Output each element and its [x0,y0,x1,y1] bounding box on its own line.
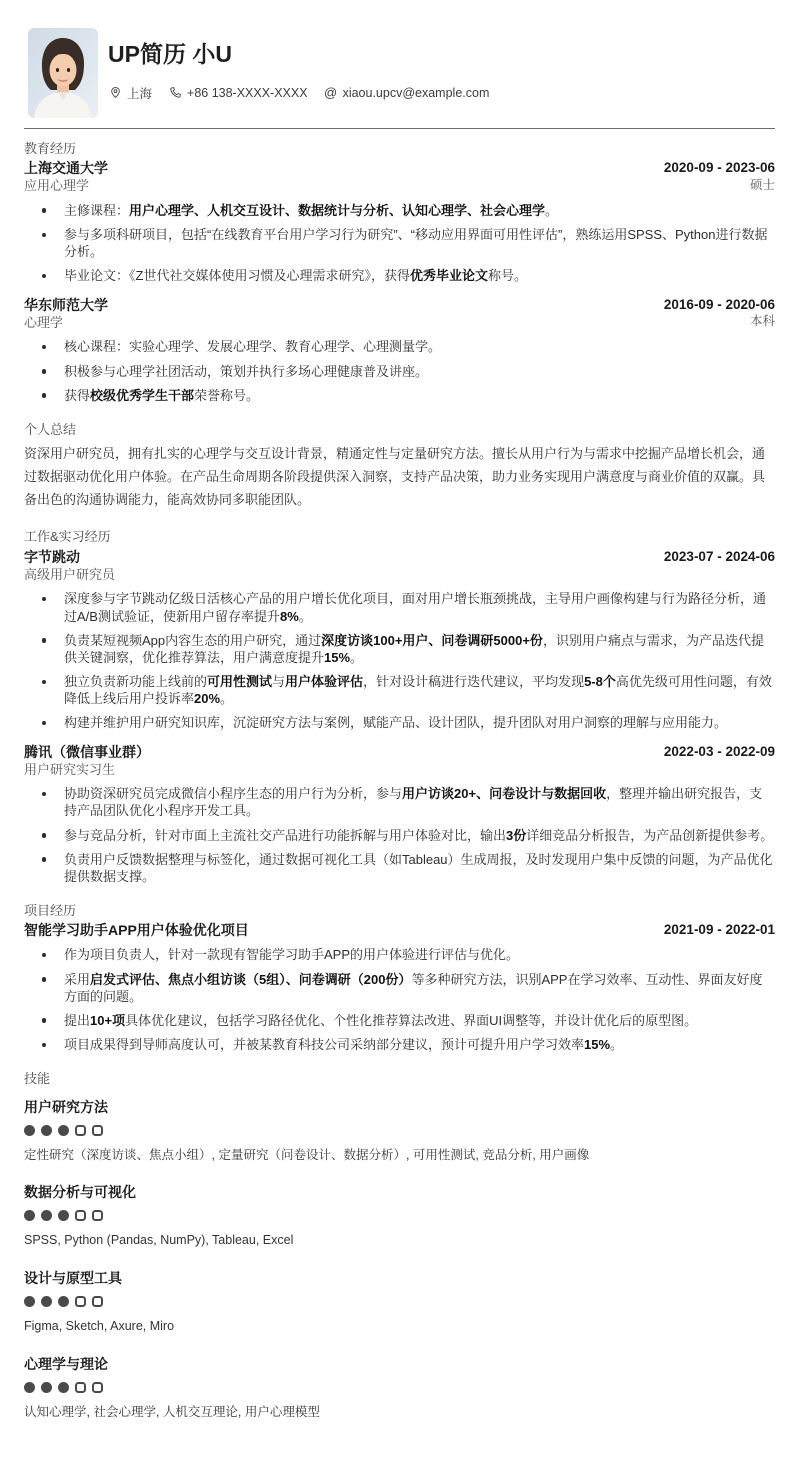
phone-icon [168,86,182,100]
bullet-dot-icon [42,233,47,238]
entry-left: 字节跳动高级用户研究员 [24,548,115,584]
bullet-item: 主修课程：用户心理学、人机交互设计、数据统计与分析、认知心理学、社会心理学。 [24,202,775,219]
skill-level-indicator [24,1125,775,1136]
entry: 腾讯（微信事业群）用户研究实习生2022-03 - 2022-09协助资深研究员… [24,743,775,886]
entry: 智能学习助手APP用户体验优化项目2021-09 - 2022-01作为项目负责… [24,921,775,1053]
bullet-dot-icon [42,792,47,797]
bullet-text-bold: 15% [324,650,350,665]
skill-group: 用户研究方法定性研究（深度访谈、焦点小组）, 定量研究（问卷设计、数据分析）, … [24,1098,775,1165]
bullet-marker [24,363,64,380]
entry-degree: 本科 [664,313,775,330]
entry-subtitle: 应用心理学 [24,177,108,195]
bullet-dot-icon [42,680,47,685]
entry-header: 腾讯（微信事业群）用户研究实习生2022-03 - 2022-09 [24,743,775,779]
section-title: 工作&实习经历 [24,529,775,545]
bullet-marker [24,387,64,404]
bullet-list: 深度参与字节跳动亿级日活核心产品的用户增长优化项目，面对用户增长瓶颈挑战，主导用… [24,590,775,731]
skill-dot-filled-icon [24,1382,35,1393]
bullet-text-run: 独立负责新功能上线前的 [64,674,207,689]
sections: 教育经历上海交通大学应用心理学2020-09 - 2023-06硕士主修课程：用… [0,129,799,1464]
bullet-list: 核心课程：实验心理学、发展心理学、教育心理学、心理测量学。积极参与心理学社团活动… [24,338,775,403]
section-title: 技能 [24,1071,775,1087]
contact-email-text: xiaou.upcv@example.com [343,86,490,100]
bullet-item: 积极参与心理学社团活动，策划并执行多场心理健康普及讲座。 [24,363,775,380]
contact-location-text: 上海 [127,84,152,102]
entry-header: 华东师范大学心理学2016-09 - 2020-06本科 [24,296,775,332]
bullet-text: 主修课程：用户心理学、人机交互设计、数据统计与分析、认知心理学、社会心理学。 [64,202,775,219]
bullet-text-bold: 校级优秀学生干部 [90,388,194,403]
skill-dot-filled-icon [58,1296,69,1307]
entry: 字节跳动高级用户研究员2023-07 - 2024-06深度参与字节跳动亿级日活… [24,548,775,732]
section-projects: 项目经历智能学习助手APP用户体验优化项目2021-09 - 2022-01作为… [24,903,775,1053]
bullet-item: 构建并维护用户研究知识库，沉淀研究方法与案例，赋能产品、设计团队，提升团队对用户… [24,714,775,731]
bullet-text-run: 协助资深研究员完成微信小程序生态的用户行为分析，参与 [64,786,402,801]
bullet-marker [24,590,64,624]
bullet-text-bold: 启发式评估、焦点小组访谈（5组）、问卷调研（200份） [90,972,411,987]
bullet-text-run: 核心课程：实验心理学、发展心理学、教育心理学、心理测量学。 [64,339,441,354]
bullet-dot-icon [42,977,47,982]
at-icon: @ [324,86,338,100]
bullet-item: 核心课程：实验心理学、发展心理学、教育心理学、心理测量学。 [24,338,775,355]
skill-dot-filled-icon [24,1210,35,1221]
bullet-dot-icon [42,953,47,958]
bullet-dot-icon [42,369,47,374]
bullet-text: 独立负责新功能上线前的可用性测试与用户体验评估，针对设计稿进行迭代建议，平均发现… [64,673,775,707]
section-work: 工作&实习经历字节跳动高级用户研究员2023-07 - 2024-06深度参与字… [24,529,775,885]
bullet-marker [24,202,64,219]
bullet-item: 采用启发式评估、焦点小组访谈（5组）、问卷调研（200份）等多种研究方法，识别A… [24,971,775,1005]
bullet-marker [24,1012,64,1029]
bullet-text: 积极参与心理学社团活动，策划并执行多场心理健康普及讲座。 [64,363,775,380]
section-title: 项目经历 [24,903,775,919]
skill-group: 数据分析与可视化SPSS, Python (Pandas, NumPy), Ta… [24,1183,775,1250]
entry-dates: 2023-07 - 2024-06 [664,548,775,566]
entry-subtitle: 用户研究实习生 [24,761,150,779]
entry-title: 华东师范大学 [24,296,108,314]
skill-group-description: Figma, Sketch, Axure, Miro [24,1318,775,1336]
bullet-text-run: ，针对设计稿进行迭代建议，平均发现 [363,674,584,689]
bullet-text-run: 负责某短视频App内容生态的用户研究，通过 [64,633,321,648]
bullet-marker [24,785,64,819]
entry-dates: 2021-09 - 2022-01 [664,921,775,939]
skill-group-name: 数据分析与可视化 [24,1183,775,1201]
skill-dot-empty-icon [92,1210,103,1221]
entry-left: 华东师范大学心理学 [24,296,108,332]
skill-dot-empty-icon [75,1296,86,1307]
entry-header: 上海交通大学应用心理学2020-09 - 2023-06硕士 [24,159,775,195]
bullet-list: 协助资深研究员完成微信小程序生态的用户行为分析，参与用户访谈20+、问卷设计与数… [24,785,775,885]
bullet-marker [24,673,64,707]
bullet-text-bold: 可用性测试 [207,674,272,689]
section-summary: 个人总结资深用户研究员，拥有扎实的心理学与交互设计背景，精通定性与定量研究方法。… [24,422,775,512]
bullet-text-bold: 15% [584,1037,610,1052]
skill-group: 心理学与理论认知心理学, 社会心理学, 人机交互理论, 用户心理模型 [24,1355,775,1422]
bullet-text-run: 具体优化建议，包括学习路径优化、个性化推荐算法改进、界面UI调整等，并设计优化后… [125,1013,697,1028]
bullet-item: 毕业论文：《Z世代社交媒体使用习惯及心理需求研究》，获得优秀毕业论文称号。 [24,267,775,284]
skill-dot-filled-icon [58,1125,69,1136]
contact-email: @ xiaou.upcv@example.com [324,86,490,100]
resume-header: UP简历 小U 上海 +86 138-XXXX-XXXX @ xiaou.u [0,0,799,118]
bullet-text: 作为项目负责人，针对一款现有智能学习助手APP的用户体验进行评估与优化。 [64,946,775,963]
entry-left: 智能学习助手APP用户体验优化项目 [24,921,249,939]
bullet-item: 独立负责新功能上线前的可用性测试与用户体验评估，针对设计稿进行迭代建议，平均发现… [24,673,775,707]
skill-dot-filled-icon [58,1382,69,1393]
contact-row: 上海 +86 138-XXXX-XXXX @ xiaou.upcv@exampl… [108,84,489,102]
contact-location: 上海 [108,84,152,102]
skill-group-description: 定性研究（深度访谈、焦点小组）, 定量研究（问卷设计、数据分析）, 可用性测试,… [24,1147,775,1165]
skill-group: 设计与原型工具Figma, Sketch, Axure, Miro [24,1269,775,1336]
bullet-text: 项目成果得到导师高度认可，并被某教育科技公司采纳部分建议，预计可提升用户学习效率… [64,1036,775,1053]
bullet-text-run: 。 [610,1037,623,1052]
bullet-text-run: 负责用户反馈数据整理与标签化，通过数据可视化工具（如Tableau）生成周报，及… [64,852,773,884]
bullet-text-run: 。 [545,203,558,218]
bullet-text: 构建并维护用户研究知识库，沉淀研究方法与案例，赋能产品、设计团队，提升团队对用户… [64,714,775,731]
bullet-text: 深度参与字节跳动亿级日活核心产品的用户增长优化项目，面对用户增长瓶颈挑战，主导用… [64,590,775,624]
bullet-dot-icon [42,345,47,350]
profile-photo [28,28,98,118]
entry-header: 智能学习助手APP用户体验优化项目2021-09 - 2022-01 [24,921,775,939]
bullet-marker [24,851,64,885]
bullet-marker [24,226,64,260]
bullet-dot-icon [42,638,47,643]
entry-dates: 2016-09 - 2020-06本科 [664,296,775,330]
bullet-text-bold: 优秀毕业论文 [410,268,488,283]
skill-group-description: SPSS, Python (Pandas, NumPy), Tableau, E… [24,1232,775,1250]
bullet-dot-icon [42,393,47,398]
bullet-item: 协助资深研究员完成微信小程序生态的用户行为分析，参与用户访谈20+、问卷设计与数… [24,785,775,819]
bullet-text: 提出10+项具体优化建议，包括学习路径优化、个性化推荐算法改进、界面UI调整等，… [64,1012,775,1029]
bullet-marker [24,827,64,844]
skill-group-description: 认知心理学, 社会心理学, 人机交互理论, 用户心理模型 [24,1404,775,1422]
entry-left: 上海交通大学应用心理学 [24,159,108,195]
entry-date: 2021-09 - 2022-01 [664,921,775,939]
bullet-item: 负责用户反馈数据整理与标签化，通过数据可视化工具（如Tableau）生成周报，及… [24,851,775,885]
bullet-dot-icon [42,833,47,838]
skill-dot-filled-icon [41,1210,52,1221]
bullet-text-bold: 5-8个 [584,674,616,689]
bullet-marker [24,714,64,731]
bullet-text-run: 。 [220,691,233,706]
skill-dot-empty-icon [92,1296,103,1307]
bullet-dot-icon [42,1018,47,1023]
location-icon [108,86,122,100]
bullet-text-bold: 20% [194,691,220,706]
skill-dot-empty-icon [75,1210,86,1221]
bullet-text-run: 参与竞品分析，针对市面上主流社交产品进行功能拆解与用户体验对比，输出 [64,828,506,843]
skill-dot-filled-icon [24,1125,35,1136]
bullet-text-run: 。 [299,609,312,624]
skill-dot-filled-icon [58,1210,69,1221]
entry-title: 智能学习助手APP用户体验优化项目 [24,921,249,939]
bullet-text: 协助资深研究员完成微信小程序生态的用户行为分析，参与用户访谈20+、问卷设计与数… [64,785,775,819]
bullet-marker [24,632,64,666]
bullet-text-bold: 8% [280,609,299,624]
skill-dot-empty-icon [92,1382,103,1393]
bullet-text-run: 毕业论文：《Z世代社交媒体使用习惯及心理需求研究》，获得 [64,268,410,283]
bullet-marker [24,1036,64,1053]
bullet-dot-icon [42,1043,47,1048]
entry-subtitle: 高级用户研究员 [24,566,115,584]
entry: 上海交通大学应用心理学2020-09 - 2023-06硕士主修课程：用户心理学… [24,159,775,284]
bullet-text-run: 项目成果得到导师高度认可，并被某教育科技公司采纳部分建议，预计可提升用户学习效率 [64,1037,584,1052]
entry-date: 2023-07 - 2024-06 [664,548,775,566]
bullet-list: 主修课程：用户心理学、人机交互设计、数据统计与分析、认知心理学、社会心理学。参与… [24,202,775,285]
skill-group-name: 设计与原型工具 [24,1269,775,1287]
skill-dot-empty-icon [75,1125,86,1136]
section-title: 个人总结 [24,422,775,438]
contact-phone-text: +86 138-XXXX-XXXX [187,86,308,100]
entry-dates: 2022-03 - 2022-09 [664,743,775,761]
entry-title: 字节跳动 [24,548,115,566]
bullet-dot-icon [42,721,47,726]
entry-subtitle: 心理学 [24,314,108,332]
bullet-text: 参与多项科研项目，包括“在线教育平台用户学习行为研究”、“移动应用界面可用性评估… [64,226,775,260]
bullet-text-bold: 用户心理学、人机交互设计、数据统计与分析、认知心理学、社会心理学 [129,203,545,218]
bullet-text-run: 。 [350,650,363,665]
section-title: 教育经历 [24,141,775,157]
skill-dot-empty-icon [92,1125,103,1136]
bullet-marker [24,338,64,355]
bullet-text-run: 作为项目负责人，针对一款现有智能学习助手APP的用户体验进行评估与优化。 [64,947,519,962]
bullet-item: 参与多项科研项目，包括“在线教育平台用户学习行为研究”、“移动应用界面可用性评估… [24,226,775,260]
bullet-text-bold: 10+项 [90,1013,125,1028]
bullet-text-run: 积极参与心理学社团活动，策划并执行多场心理健康普及讲座。 [64,364,428,379]
skill-level-indicator [24,1382,775,1393]
bullet-text-bold: 用户访谈20+、问卷设计与数据回收 [402,786,606,801]
bullet-list: 作为项目负责人，针对一款现有智能学习助手APP的用户体验进行评估与优化。采用启发… [24,946,775,1053]
entry-header: 字节跳动高级用户研究员2023-07 - 2024-06 [24,548,775,584]
bullet-text: 采用启发式评估、焦点小组访谈（5组）、问卷调研（200份）等多种研究方法，识别A… [64,971,775,1005]
bullet-item: 作为项目负责人，针对一款现有智能学习助手APP的用户体验进行评估与优化。 [24,946,775,963]
skill-group-name: 用户研究方法 [24,1098,775,1116]
entry-title: 腾讯（微信事业群） [24,743,150,761]
skill-dot-filled-icon [41,1296,52,1307]
bullet-text-run: 与 [272,674,285,689]
profile-photo-illustration [28,28,98,118]
bullet-marker [24,946,64,963]
bullet-item: 负责某短视频App内容生态的用户研究，通过深度访谈100+用户、问卷调研5000… [24,632,775,666]
bullet-text-run: 主修课程： [64,203,129,218]
skill-level-indicator [24,1210,775,1221]
bullet-text-run: 荣誉称号。 [194,388,259,403]
bullet-text-run: 详细竞品分析报告，为产品创新提供参考。 [526,828,773,843]
bullet-text-run: 提出 [64,1013,90,1028]
entry-title: 上海交通大学 [24,159,108,177]
bullet-text-bold: 3份 [506,828,526,843]
bullet-text-run: 称号。 [488,268,527,283]
bullet-item: 获得校级优秀学生干部荣誉称号。 [24,387,775,404]
contact-phone: +86 138-XXXX-XXXX [168,86,308,100]
skill-group-name: 心理学与理论 [24,1355,775,1373]
skill-level-indicator [24,1296,775,1307]
bullet-text: 毕业论文：《Z世代社交媒体使用习惯及心理需求研究》，获得优秀毕业论文称号。 [64,267,775,284]
bullet-marker [24,971,64,1005]
bullet-text-bold: 用户体验评估 [285,674,363,689]
bullet-item: 项目成果得到导师高度认可，并被某教育科技公司采纳部分建议，预计可提升用户学习效率… [24,1036,775,1053]
candidate-name: UP简历 小U [108,41,489,69]
header-info: UP简历 小U 上海 +86 138-XXXX-XXXX @ xiaou.u [108,28,489,118]
bullet-text: 负责某短视频App内容生态的用户研究，通过深度访谈100+用户、问卷调研5000… [64,632,775,666]
bullet-text-run: 深度参与字节跳动亿级日活核心产品的用户增长优化项目，面对用户增长瓶颈挑战，主导用… [64,591,766,623]
bullet-item: 提出10+项具体优化建议，包括学习路径优化、个性化推荐算法改进、界面UI调整等，… [24,1012,775,1029]
section-education: 教育经历上海交通大学应用心理学2020-09 - 2023-06硕士主修课程：用… [24,141,775,404]
bullet-text-run: 构建并维护用户研究知识库，沉淀研究方法与案例，赋能产品、设计团队，提升团队对用户… [64,715,727,730]
entry-date: 2022-03 - 2022-09 [664,743,775,761]
bullet-text-run: 参与多项科研项目，包括“在线教育平台用户学习行为研究”、“移动应用界面可用性评估… [64,227,767,259]
entry-degree: 硕士 [664,177,775,194]
bullet-text-run: 采用 [64,972,90,987]
bullet-dot-icon [42,597,47,602]
entry: 华东师范大学心理学2016-09 - 2020-06本科核心课程：实验心理学、发… [24,296,775,404]
bullet-text: 获得校级优秀学生干部荣誉称号。 [64,387,775,404]
bullet-text: 核心课程：实验心理学、发展心理学、教育心理学、心理测量学。 [64,338,775,355]
bullet-item: 深度参与字节跳动亿级日活核心产品的用户增长优化项目，面对用户增长瓶颈挑战，主导用… [24,590,775,624]
skill-dot-filled-icon [41,1382,52,1393]
skill-dot-empty-icon [75,1382,86,1393]
bullet-text: 参与竞品分析，针对市面上主流社交产品进行功能拆解与用户体验对比，输出3份详细竞品… [64,827,775,844]
bullet-text-run: 获得 [64,388,90,403]
bullet-text: 负责用户反馈数据整理与标签化，通过数据可视化工具（如Tableau）生成周报，及… [64,851,775,885]
bullet-text-bold: 深度访谈100+用户、问卷调研5000+份 [321,633,543,648]
section-skills: 技能用户研究方法定性研究（深度访谈、焦点小组）, 定量研究（问卷设计、数据分析）… [24,1071,775,1421]
entry-left: 腾讯（微信事业群）用户研究实习生 [24,743,150,779]
bullet-marker [24,267,64,284]
skill-dot-filled-icon [24,1296,35,1307]
bullet-item: 参与竞品分析，针对市面上主流社交产品进行功能拆解与用户体验对比，输出3份详细竞品… [24,827,775,844]
bullet-dot-icon [42,208,47,213]
bullet-dot-icon [42,274,47,279]
resume-page: UP简历 小U 上海 +86 138-XXXX-XXXX @ xiaou.u [0,0,799,1464]
entry-date: 2016-09 - 2020-06 [664,296,775,314]
entry-dates: 2020-09 - 2023-06硕士 [664,159,775,193]
bullet-dot-icon [42,857,47,862]
summary-paragraph: 资深用户研究员，拥有扎实的心理学与交互设计背景，精通定性与定量研究方法。擅长从用… [24,442,775,511]
skill-dot-filled-icon [41,1125,52,1136]
entry-date: 2020-09 - 2023-06 [664,159,775,177]
